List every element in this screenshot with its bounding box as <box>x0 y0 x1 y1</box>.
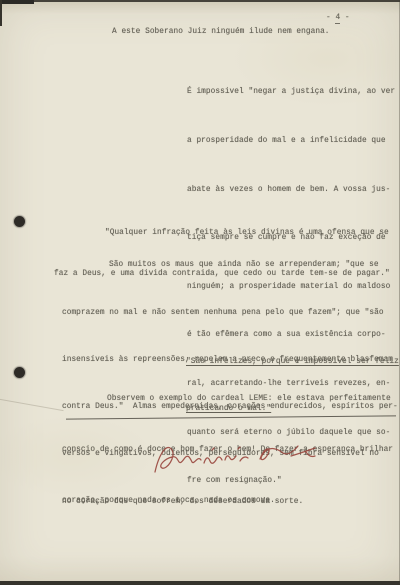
document-page: - 4 - A este Soberano Juiz ninguém ilude… <box>0 0 400 585</box>
typed-line: abate às vezes o homem de bem. A vossa j… <box>187 182 395 198</box>
scan-edge-bottom <box>0 581 400 585</box>
punch-hole-dot <box>14 367 25 378</box>
page-number: - 4 - <box>326 14 350 22</box>
typed-line: Observem o exemplo do cardeal LEME: ele … <box>62 391 393 408</box>
paper-crease <box>0 398 64 411</box>
scan-edge-top-left-corner <box>0 0 34 4</box>
opening-line: A este Soberano Juiz ninguém ilude nem e… <box>112 28 330 36</box>
typed-line: É impossivel "negar a justiça divina, ao… <box>187 84 395 100</box>
punch-hole-dot <box>14 216 25 227</box>
page-number-dash-right: - <box>340 14 349 22</box>
typed-line: São muitos os maus que ainda não se arre… <box>62 258 398 274</box>
handwritten-signature-icon <box>148 432 323 482</box>
typed-line: comprazem no mal e não sentem nenhuma pe… <box>62 306 398 322</box>
scan-edge-top <box>0 0 400 2</box>
scan-edge-left <box>0 0 2 26</box>
typed-line: a prosperidade do mal e a infelicidade q… <box>187 133 395 149</box>
typed-line: no coração dos que sofrem, dos deserdado… <box>62 494 393 511</box>
